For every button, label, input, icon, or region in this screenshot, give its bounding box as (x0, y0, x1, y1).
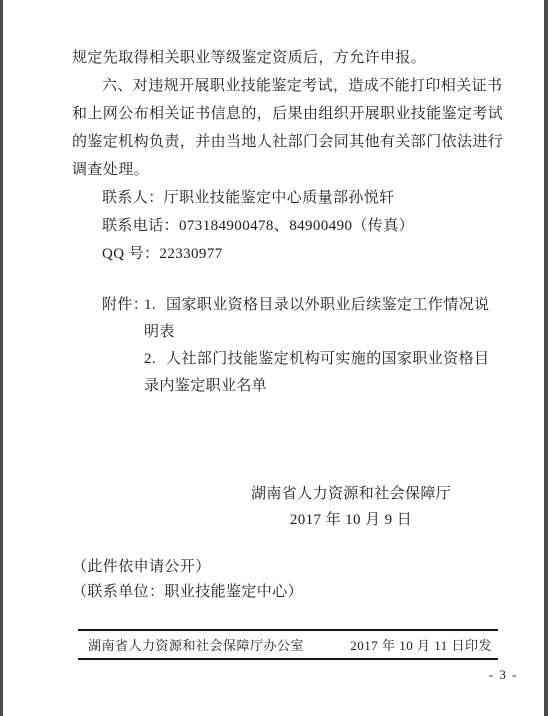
attachment-2-title: 人社部门技能鉴定机构可实施的国家职业资格目 (166, 351, 489, 367)
signature-organization: 湖南省人力资源和社会保障厅 (251, 481, 451, 507)
attachment-item-1-line-2: 明表 (72, 319, 502, 346)
document-page: 规定先取得相关职业等级鉴定资质后，方允许申报。 六、对违规开展职业技能鉴定考试，… (0, 0, 551, 716)
body-paragraph-line: 调查处理。 (72, 156, 502, 184)
disclosure-notes: （此件依申请公开） （联系单位：职业技能鉴定中心） (72, 555, 502, 605)
body-paragraph-line: 的鉴定机构负责，并由当地人社部门会同其他有关部门依法进行 (72, 128, 502, 156)
contact-person-line: 联系人：厅职业技能鉴定中心质量部孙悦轩 (72, 184, 502, 212)
contact-unit-note-line: （联系单位：职业技能鉴定中心） (72, 580, 502, 605)
signature-block: 湖南省人力资源和社会保障厅 2017 年 10 月 9 日 (251, 481, 451, 533)
attachment-item-2-line-2: 录内鉴定职业名单 (72, 373, 502, 400)
colophon-office: 湖南省人力资源和社会保障厅办公室 (88, 635, 304, 654)
page-left-edge-bar (0, 0, 3, 716)
attachments-label: 附件： (102, 292, 144, 319)
attachment-2-number: 2. (144, 346, 166, 373)
signature-date: 2017 年 10 月 9 日 (251, 507, 451, 533)
colophon-print-date: 2017 年 10 月 11 日印发 (350, 635, 492, 654)
body-paragraph-line: 和上网公布相关证书信息的，后果由组织开展职业技能鉴定考试 (72, 100, 502, 128)
page-right-edge-bar (544, 0, 548, 716)
attachment-1-number: 1. (144, 292, 166, 319)
attachment-item-2-line-1: 2.人社部门技能鉴定机构可实施的国家职业资格目 (72, 346, 502, 373)
contact-qq-line: QQ 号：22330977 (72, 240, 502, 268)
disclosure-note-line: （此件依申请公开） (72, 555, 502, 580)
body-paragraph-line: 规定先取得相关职业等级鉴定资质后，方允许申报。 (72, 44, 502, 72)
attachment-1-title: 国家职业资格目录以外职业后续鉴定工作情况说 (166, 297, 489, 313)
document-content: 规定先取得相关职业等级鉴定资质后，方允许申报。 六、对违规开展职业技能鉴定考试，… (72, 44, 502, 660)
attachment-item-1-line-1: 附件：1.国家职业资格目录以外职业后续鉴定工作情况说 (72, 292, 502, 319)
body-paragraph-line: 六、对违规开展职业技能鉴定考试，造成不能打印相关证书 (72, 72, 502, 100)
colophon-bar: 湖南省人力资源和社会保障厅办公室 2017 年 10 月 11 日印发 (78, 629, 498, 660)
attachments-block: 附件：1.国家职业资格目录以外职业后续鉴定工作情况说 明表 2.人社部门技能鉴定… (72, 292, 502, 400)
page-number: - 3 - (489, 667, 518, 683)
contact-phone-line: 联系电话：073184900478、84900490（传真） (72, 212, 502, 240)
body-text: 规定先取得相关职业等级鉴定资质后，方允许申报。 六、对违规开展职业技能鉴定考试，… (72, 44, 502, 268)
